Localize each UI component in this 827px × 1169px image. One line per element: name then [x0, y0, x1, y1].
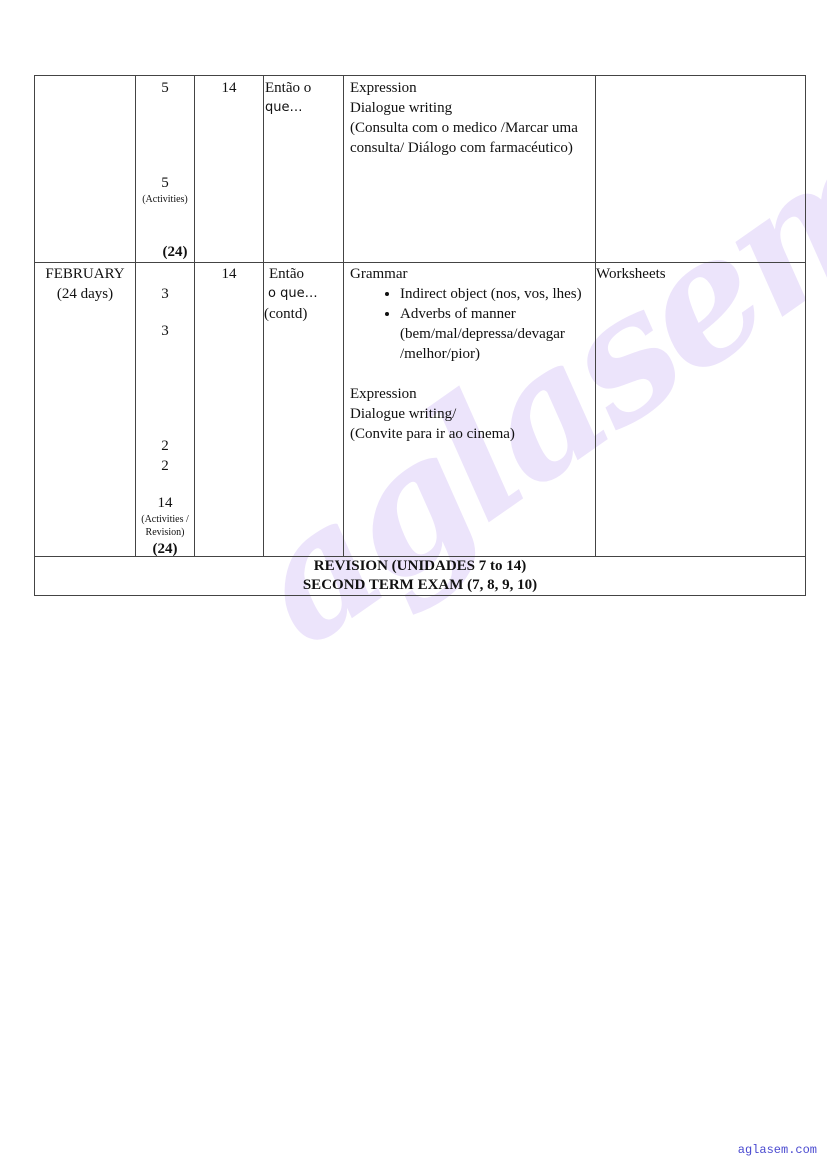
summary-row: REVISION (UNIDADES 7 to 14) SECOND TERM …	[35, 557, 806, 596]
grammar-list: Indirect object (nos, vos, lhes) Adverbs…	[350, 284, 595, 364]
month-cell: FEBRUARY (24 days)	[35, 263, 136, 557]
list-item: Indirect object (nos, vos, lhes)	[400, 284, 595, 304]
unit-cell: 14	[195, 263, 264, 557]
periods-cell: 3 3 2 2 14 (Activities / Revision) (24)	[136, 263, 195, 557]
site-footer-link[interactable]: aglasem.com	[738, 1143, 817, 1157]
unit-cell: 14	[195, 76, 264, 263]
period-note: (Activities / Revision)	[136, 513, 194, 539]
period-note: (Activities)	[136, 193, 194, 206]
period-value: 5	[136, 78, 194, 98]
topic-line: Então o	[265, 78, 343, 98]
content-cell: Expression Dialogue writing (Consulta co…	[344, 76, 596, 263]
topic-line: Então	[264, 264, 343, 284]
table-row: 5 5 (Activities) (24) 14 Então o que… Ex…	[35, 76, 806, 263]
period-entry: 14 (Activities / Revision)	[136, 493, 194, 539]
resources-cell: Worksheets	[596, 263, 806, 557]
table-row: FEBRUARY (24 days) 3 3 2 2 14 (Activitie…	[35, 263, 806, 557]
period-value: 3	[136, 321, 194, 341]
content-line: (Convite para ir ao cinema)	[350, 424, 595, 444]
period-entry: 5 (Activities)	[136, 173, 194, 206]
period-value: 3	[136, 284, 194, 304]
month-days: (24 days)	[35, 284, 135, 304]
topic-cell: Então o que… (contd)	[264, 263, 344, 557]
period-value: 5	[161, 175, 169, 191]
periods-total: (24)	[136, 539, 194, 559]
content-line: (Consulta com o medico /Marcar uma consu…	[350, 118, 585, 158]
topic-line: o que…	[264, 284, 343, 304]
periods-cell: 5 5 (Activities) (24)	[136, 76, 195, 263]
resources-cell	[596, 76, 806, 263]
content-cell: Grammar Indirect object (nos, vos, lhes)…	[344, 263, 596, 557]
document-page: aglasem 5 5 (Activities) (24) 14 Então o…	[0, 0, 827, 1169]
syllabus-table: 5 5 (Activities) (24) 14 Então o que… Ex…	[34, 75, 806, 596]
summary-line: REVISION (UNIDADES 7 to 14)	[35, 557, 805, 576]
content-heading: Expression	[350, 78, 595, 98]
topic-cell: Então o que…	[264, 76, 344, 263]
topic-line: (contd)	[264, 304, 343, 324]
summary-line: SECOND TERM EXAM (7, 8, 9, 10)	[35, 576, 805, 595]
list-item: Adverbs of manner (bem/mal/depressa/deva…	[400, 304, 595, 364]
content-line: Dialogue writing	[350, 98, 595, 118]
summary-cell: REVISION (UNIDADES 7 to 14) SECOND TERM …	[35, 557, 806, 596]
grammar-heading: Grammar	[350, 264, 595, 284]
periods-total: (24)	[136, 242, 194, 262]
content-line: Dialogue writing/	[350, 404, 595, 424]
period-value: 2	[136, 436, 194, 456]
month-cell	[35, 76, 136, 263]
month-name: FEBRUARY	[35, 264, 135, 284]
topic-line: que…	[265, 98, 343, 118]
period-value: 14	[158, 495, 173, 511]
content-heading: Expression	[350, 384, 595, 404]
period-value: 2	[136, 456, 194, 476]
